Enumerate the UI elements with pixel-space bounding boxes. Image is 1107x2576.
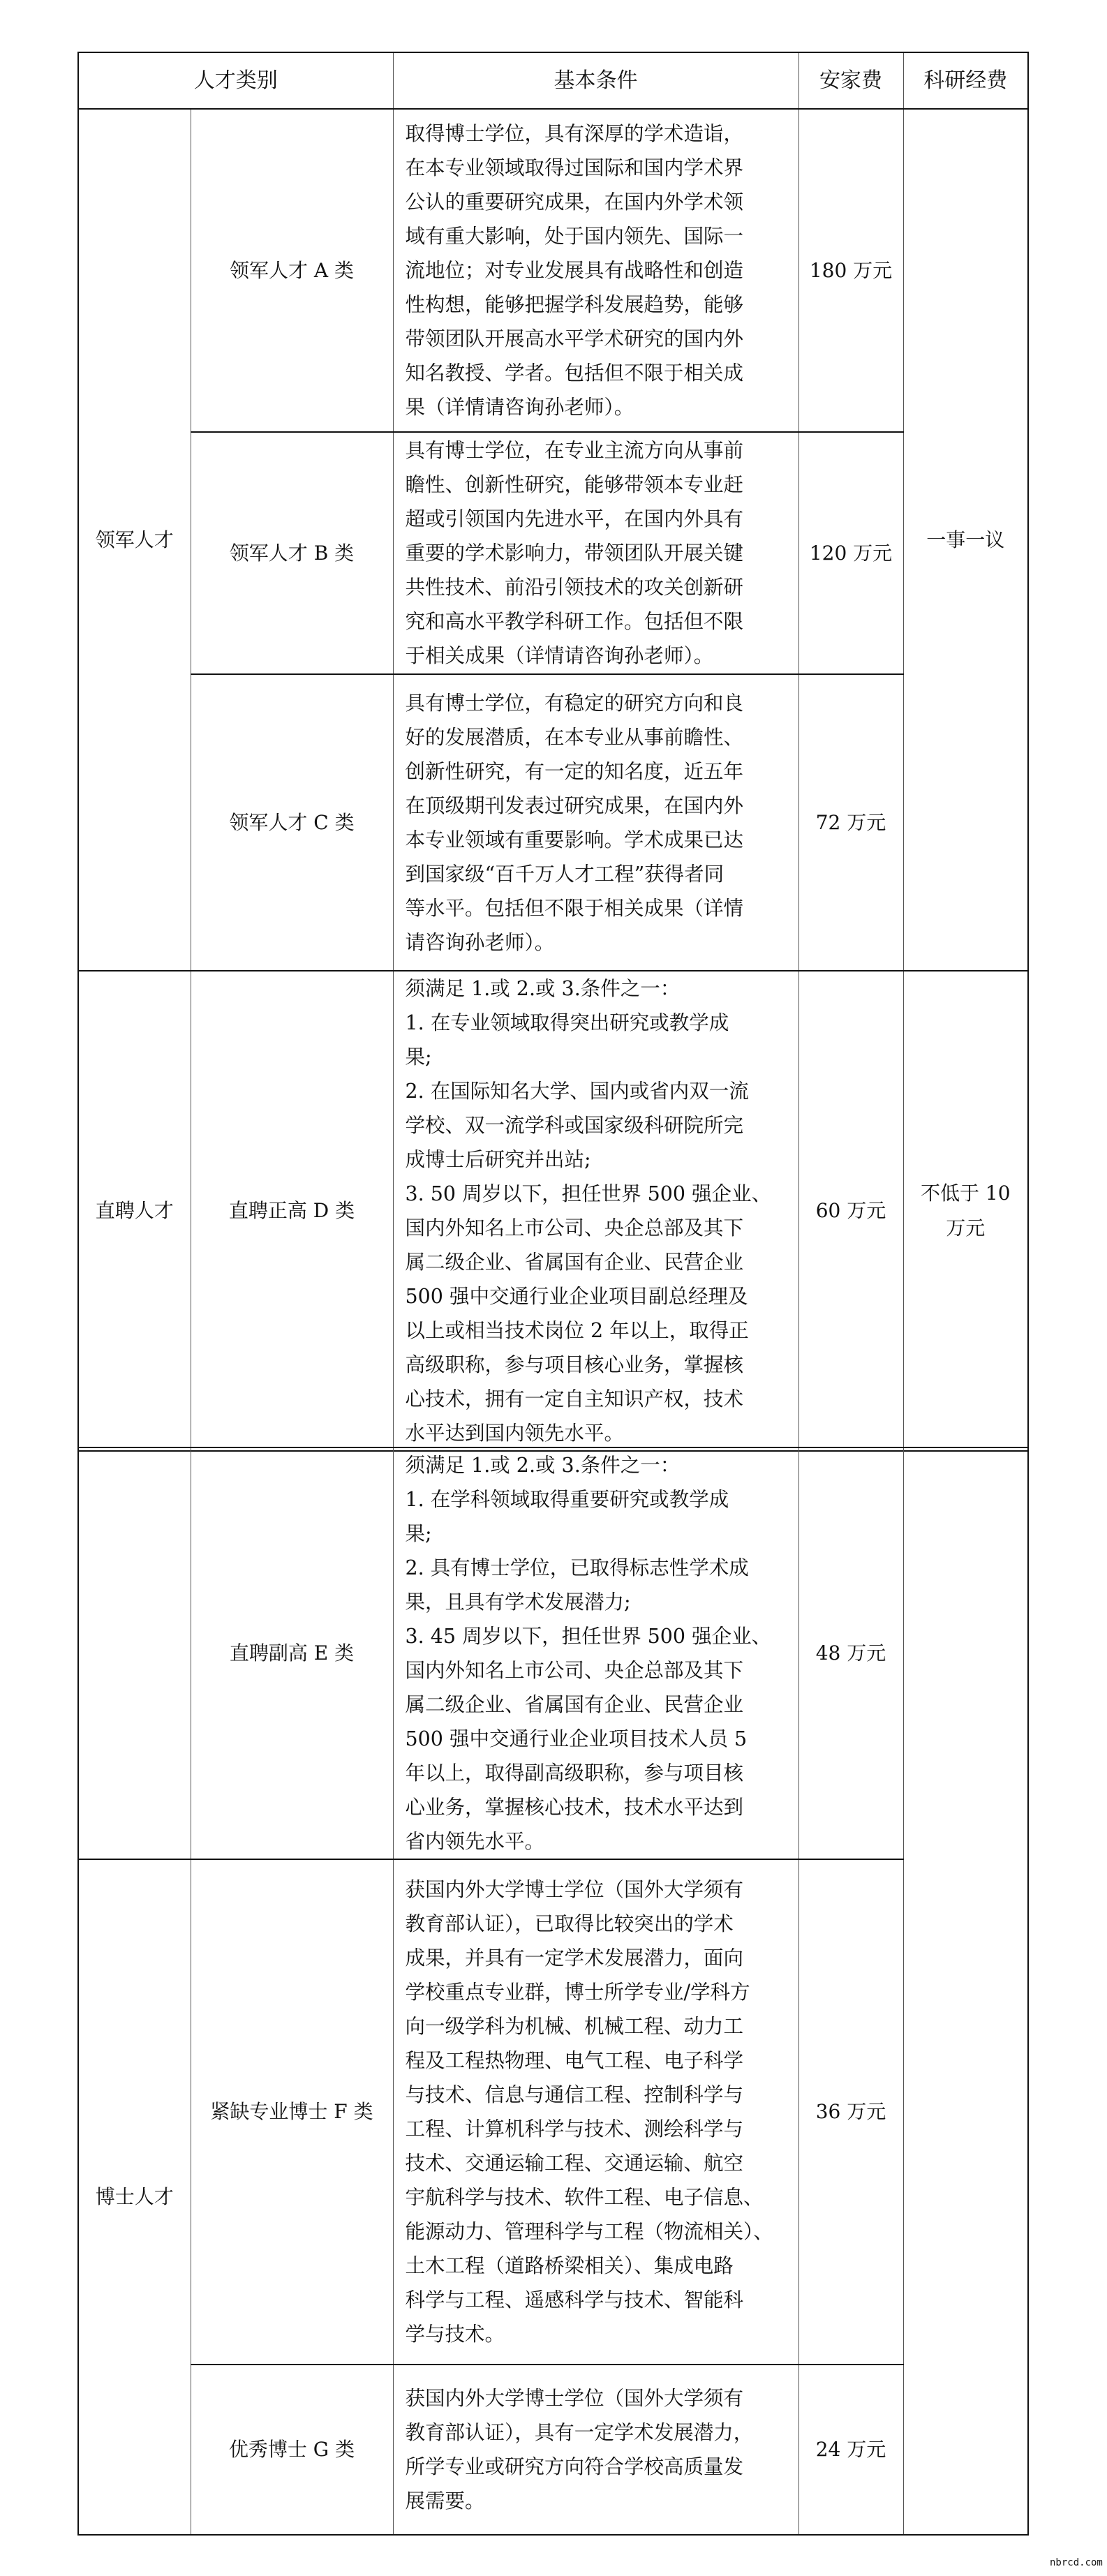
- conditions-line: 重要的学术影响力，带领团队开展关键: [406, 536, 792, 570]
- settlement-fee-cell: 48 万元: [798, 1447, 903, 1859]
- conditions-line: 心技术，拥有一定自主知识产权，技术: [406, 1382, 792, 1416]
- conditions-line: 3. 45 周岁以下，担任世界 500 强企业、: [406, 1619, 792, 1653]
- conditions-line: 在本专业领域取得过国际和国内学术界: [406, 151, 792, 185]
- header-research-fund: 科研经费: [903, 52, 1028, 109]
- conditions-line: 性构想，能够把握学科发展趋势，能够: [406, 288, 792, 322]
- conditions-line: 流地位；对专业发展具有战略性和创造: [406, 253, 792, 288]
- type-cell: 直聘副高 E 类: [191, 1447, 393, 1859]
- conditions-line: 国内外知名上市公司、央企总部及其下: [406, 1653, 792, 1688]
- conditions-line: 能源动力、管理科学与工程（物流相关）、: [406, 2214, 792, 2249]
- conditions-line: 展需要。: [406, 2484, 792, 2518]
- conditions-line: 取得博士学位，具有深厚的学术造诣，: [406, 117, 792, 151]
- conditions-line: 属二级企业、省属国有企业、民营企业: [406, 1245, 792, 1279]
- conditions-line: 程及工程热物理、电气工程、电子科学: [406, 2043, 792, 2078]
- conditions-line: 请咨询孙老师）。: [406, 925, 792, 960]
- conditions-line: 公认的重要研究成果，在国内外学术领: [406, 185, 792, 219]
- table-row: 优秀博士 G 类 获国内外大学博士学位（国外大学须有 教育部认证），具有一定学术…: [78, 2365, 1028, 2535]
- conditions-line: 高级职称，参与项目核心业务，掌握核: [406, 1348, 792, 1382]
- type-cell: 领军人才 C 类: [191, 674, 393, 971]
- conditions-line: 属二级企业、省属国有企业、民营企业: [406, 1688, 792, 1722]
- conditions-line: 学校、双一流学科或国家级科研院所完: [406, 1108, 792, 1142]
- conditions-line: 1. 在学科领域取得重要研究或教学成: [406, 1482, 792, 1517]
- conditions-line: 3. 50 周岁以下，担任世界 500 强企业、: [406, 1177, 792, 1211]
- conditions-line: 1. 在专业领域取得突出研究或教学成: [406, 1006, 792, 1040]
- header-conditions: 基本条件: [393, 52, 798, 109]
- header-category: 人才类别: [78, 52, 393, 109]
- conditions-line: 瞻性、创新性研究，能够带领本专业赶: [406, 468, 792, 502]
- conditions-line: 科学与工程、遥感科学与技术、智能科: [406, 2283, 792, 2317]
- conditions-line: 学与技术。: [406, 2317, 792, 2351]
- group-direct-hire-talent: 直聘人才: [78, 971, 191, 1451]
- type-cell: 直聘正高 D 类: [191, 971, 393, 1451]
- conditions-line: 果;: [406, 1517, 792, 1551]
- conditions-cell: 获国内外大学博士学位（国外大学须有 教育部认证），具有一定学术发展潜力， 所学专…: [393, 2365, 798, 2535]
- conditions-line: 学校重点专业群，博士所学专业/学科方: [406, 1975, 792, 2009]
- table-row: 领军人才 C 类 具有博士学位，有稳定的研究方向和良 好的发展潜质，在本专业从事…: [78, 674, 1028, 971]
- conditions-line: 与技术、信息与通信工程、控制科学与: [406, 2078, 792, 2112]
- conditions-line: 果（详情请咨询孙老师）。: [406, 390, 792, 424]
- conditions-line: 所学专业或研究方向符合学校高质量发: [406, 2450, 792, 2484]
- conditions-line: 500 强中交通行业企业项目技术人员 5: [406, 1722, 792, 1756]
- table-row: 博士人才 紧缺专业博士 F 类 获国内外大学博士学位（国外大学须有 教育部认证）…: [78, 1859, 1028, 2365]
- conditions-cell: 须满足 1.或 2.或 3.条件之一： 1. 在学科领域取得重要研究或教学成 果…: [393, 1447, 798, 1859]
- settlement-fee-cell: 180 万元: [798, 109, 903, 432]
- conditions-line: 教育部认证），具有一定学术发展潜力，: [406, 2415, 792, 2450]
- research-fund-cell: 不低于 10万元: [903, 971, 1028, 1451]
- conditions-line: 于相关成果（详情请咨询孙老师）。: [406, 639, 792, 673]
- conditions-line: 获国内外大学博士学位（国外大学须有: [406, 1873, 792, 1907]
- conditions-cell: 具有博士学位，有稳定的研究方向和良 好的发展潜质，在本专业从事前瞻性、 创新性研…: [393, 674, 798, 971]
- conditions-line: 成果，并具有一定学术发展潜力，面向: [406, 1941, 792, 1975]
- header-settlement-fee: 安家费: [798, 52, 903, 109]
- conditions-line: 具有博士学位，有稳定的研究方向和良: [406, 686, 792, 720]
- conditions-line: 域有重大影响，处于国内领先、国际一: [406, 219, 792, 253]
- type-cell: 紧缺专业博士 F 类: [191, 1859, 393, 2365]
- conditions-line: 2. 在国际知名大学、国内或省内双一流: [406, 1074, 792, 1108]
- conditions-line: 超或引领国内先进水平，在国内外具有: [406, 502, 792, 536]
- type-cell: 优秀博士 G 类: [191, 2365, 393, 2535]
- conditions-line: 工程、计算机科学与技术、测绘科学与: [406, 2112, 792, 2146]
- conditions-line: 须满足 1.或 2.或 3.条件之一：: [406, 971, 792, 1006]
- research-fund-cell-empty: [903, 1447, 1028, 2535]
- conditions-line: 技术、交通运输工程、交通运输、航空: [406, 2146, 792, 2180]
- type-cell: 领军人才 B 类: [191, 432, 393, 674]
- conditions-line: 创新性研究，有一定的知名度，近五年: [406, 754, 792, 789]
- conditions-line: 等水平。包括但不限于相关成果（详情: [406, 891, 792, 925]
- talent-table-part-2: 直聘副高 E 类 须满足 1.或 2.或 3.条件之一： 1. 在学科领域取得重…: [77, 1447, 1029, 2536]
- conditions-line: 2. 具有博士学位，已取得标志性学术成: [406, 1551, 792, 1585]
- settlement-fee-cell: 24 万元: [798, 2365, 903, 2535]
- settlement-fee-cell: 72 万元: [798, 674, 903, 971]
- research-fund-cell: 一事一议: [903, 109, 1028, 971]
- conditions-line: 土木工程（道路桥梁相关）、集成电路: [406, 2249, 792, 2283]
- table-header-row: 人才类别 基本条件 安家费 科研经费: [78, 52, 1028, 109]
- conditions-line: 宇航科学与技术、软件工程、电子信息、: [406, 2180, 792, 2214]
- conditions-line: 本专业领域有重要影响。学术成果已达: [406, 823, 792, 857]
- settlement-fee-cell: 36 万元: [798, 1859, 903, 2365]
- conditions-line: 共性技术、前沿引领技术的攻关创新研: [406, 570, 792, 604]
- conditions-line: 到国家级“百千万人才工程”获得者同: [406, 857, 792, 891]
- type-cell: 领军人才 A 类: [191, 109, 393, 432]
- conditions-line: 好的发展潜质，在本专业从事前瞻性、: [406, 720, 792, 754]
- watermark: nbrcd.com: [1050, 2557, 1103, 2568]
- conditions-line: 年以上，取得副高级职称，参与项目核: [406, 1756, 792, 1790]
- conditions-line: 果，且具有学术发展潜力;: [406, 1585, 792, 1619]
- settlement-fee-cell: 60 万元: [798, 971, 903, 1451]
- conditions-line: 具有博士学位，在专业主流方向从事前: [406, 433, 792, 468]
- conditions-cell: 取得博士学位，具有深厚的学术造诣， 在本专业领域取得过国际和国内学术界 公认的重…: [393, 109, 798, 432]
- talent-table-part-1: 人才类别 基本条件 安家费 科研经费 领军人才 领军人才 A 类 取得博士学位，…: [77, 52, 1029, 1452]
- settlement-fee-cell: 120 万元: [798, 432, 903, 674]
- conditions-cell: 具有博士学位，在专业主流方向从事前 瞻性、创新性研究，能够带领本专业赶 超或引领…: [393, 432, 798, 674]
- conditions-line: 500 强中交通行业企业项目副总经理及: [406, 1279, 792, 1313]
- table-row: 领军人才 领军人才 A 类 取得博士学位，具有深厚的学术造诣， 在本专业领域取得…: [78, 109, 1028, 432]
- group-leading-talent: 领军人才: [78, 109, 191, 971]
- conditions-line: 心业务，掌握核心技术，技术水平达到: [406, 1790, 792, 1824]
- group-empty-cell: [78, 1447, 191, 1859]
- conditions-line: 带领团队开展高水平学术研究的国内外: [406, 322, 792, 356]
- group-doctoral-talent: 博士人才: [78, 1859, 191, 2535]
- conditions-line: 成博士后研究并出站;: [406, 1142, 792, 1177]
- table-row: 直聘人才 直聘正高 D 类 须满足 1.或 2.或 3.条件之一： 1. 在专业…: [78, 971, 1028, 1451]
- conditions-cell: 须满足 1.或 2.或 3.条件之一： 1. 在专业领域取得突出研究或教学成 果…: [393, 971, 798, 1451]
- conditions-line: 省内领先水平。: [406, 1824, 792, 1859]
- conditions-line: 获国内外大学博士学位（国外大学须有: [406, 2381, 792, 2415]
- conditions-cell: 获国内外大学博士学位（国外大学须有 教育部认证），已取得比较突出的学术 成果，并…: [393, 1859, 798, 2365]
- table-row: 直聘副高 E 类 须满足 1.或 2.或 3.条件之一： 1. 在学科领域取得重…: [78, 1447, 1028, 1859]
- conditions-line: 国内外知名上市公司、央企总部及其下: [406, 1211, 792, 1245]
- conditions-line: 向一级学科为机械、机械工程、动力工: [406, 2009, 792, 2043]
- conditions-line: 以上或相当技术岗位 2 年以上，取得正: [406, 1313, 792, 1348]
- conditions-line: 须满足 1.或 2.或 3.条件之一：: [406, 1448, 792, 1482]
- conditions-line: 究和高水平教学科研工作。包括但不限: [406, 604, 792, 639]
- conditions-line: 水平达到国内领先水平。: [406, 1416, 792, 1450]
- conditions-line: 在顶级期刊发表过研究成果，在国内外: [406, 789, 792, 823]
- conditions-line: 知名教授、学者。包括但不限于相关成: [406, 356, 792, 390]
- conditions-line: 教育部认证），已取得比较突出的学术: [406, 1907, 792, 1941]
- conditions-line: 果;: [406, 1040, 792, 1074]
- table-row: 领军人才 B 类 具有博士学位，在专业主流方向从事前 瞻性、创新性研究，能够带领…: [78, 432, 1028, 674]
